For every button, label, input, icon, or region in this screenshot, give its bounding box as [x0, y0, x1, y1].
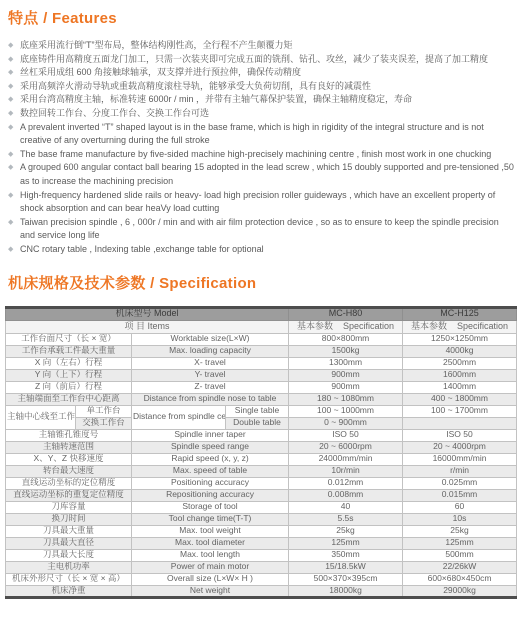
spec-row: 刀具最大直径 Max. tool diameter 125mm 125mm: [6, 537, 517, 549]
spec-cell-en: Distance from spindle nose to table: [132, 393, 289, 405]
spec-cell-h80: 20 ~ 6000rpm: [289, 441, 403, 453]
spec-row: X、Y、Z 快移速度 Rapid speed (x, y, z) 24000mm…: [6, 453, 517, 465]
spec-cell-h125: 25kg: [403, 525, 517, 537]
spec-cell-h80: 15/18.5kW: [289, 561, 403, 573]
spec-row-merged-double: 交换工作台 Double table 0 ~ 900mm: [6, 417, 517, 429]
feature-item: ◆CNC rotary table , Indexing table ,exch…: [8, 243, 516, 257]
spec-cell-h125: 16000mm/min: [403, 453, 517, 465]
feature-text: 采用台湾高精度主轴，标准转速 6000r / min ，并带有主轴气幕保护装置，…: [20, 94, 412, 104]
spec-cell-cn: 主轴锥孔锥度号: [6, 429, 132, 441]
feature-text: 丝杠采用成组 600 角接触球轴承，双支撑并进行预拉伸，确保传动精度: [20, 67, 301, 77]
param-en: Specification: [343, 321, 394, 331]
spec-cell-h125: 400 ~ 1800mm: [403, 393, 517, 405]
table-header-model-row: 机床型号 Model MC-H80 MC-H125: [6, 307, 517, 320]
spec-cell-cn: 直线运动坐标的定位精度: [6, 477, 132, 489]
feature-item: ◆数控回转工作台、分度工作台、交换工作台可选: [8, 107, 516, 121]
spec-cell-en: Z- travel: [132, 381, 289, 393]
spec-cell-en: Spindle inner taper: [132, 429, 289, 441]
diamond-bullet-icon: ◆: [8, 53, 13, 67]
feature-item: ◆A prevalent inverted “T” shaped layout …: [8, 121, 516, 148]
feature-text: A grouped 600 angular contact ball beari…: [20, 162, 514, 186]
diamond-bullet-icon: ◆: [8, 189, 13, 203]
feature-text: CNC rotary table , Indexing table ,excha…: [20, 244, 264, 254]
spec-cell-en: Spindle speed range: [132, 441, 289, 453]
specification-title-cn: 机床规格及技术参数 /: [8, 275, 155, 292]
spec-cell-cn: 刀具最大直径: [6, 537, 132, 549]
spec-cell-sub-en: Double table: [226, 417, 289, 429]
feature-item: ◆High-frequency hardened slide rails or …: [8, 189, 516, 216]
spec-cell-h80: 0.008mm: [289, 489, 403, 501]
feature-text: 数控回转工作台、分度工作台、交换工作台可选: [20, 108, 209, 118]
spec-cell-en: Max. tool weight: [132, 525, 289, 537]
spec-cell-en: Rapid speed (x, y, z): [132, 453, 289, 465]
specification-section-title: 机床规格及技术参数 / Specification: [5, 272, 516, 293]
spec-row: 主轴锥孔锥度号 Spindle inner taper ISO 50 ISO 5…: [6, 429, 517, 441]
spec-cell-h125: 22/26kW: [403, 561, 517, 573]
spec-cell-cn: 刀库容量: [6, 501, 132, 513]
diamond-bullet-icon: ◆: [8, 148, 13, 162]
spec-row: Y 向（上下）行程 Y- travel 900mm 1600mm: [6, 369, 517, 381]
spec-cell-en: Max. tool diameter: [132, 537, 289, 549]
spec-cell-h80: 0 ~ 900mm: [289, 417, 403, 429]
spec-cell-cn: 机床外形尺寸（长 × 宽 × 高）: [6, 573, 132, 585]
spec-cell-en: Max. loading capacity: [132, 345, 289, 357]
spec-cell-h80: 40: [289, 501, 403, 513]
feature-item: ◆丝杠采用成组 600 角接触球轴承，双支撑并进行预拉伸，确保传动精度: [8, 66, 516, 80]
spec-cell-h125: 600×680×450cm: [403, 573, 517, 585]
spec-cell-merged-label-en: Distance from spindle center to table: [132, 405, 226, 429]
spec-cell-h80: 10r/min: [289, 465, 403, 477]
feature-text: The base frame manufacture by five-sided…: [20, 149, 491, 159]
feature-text: 采用高频淬火滑动导轨或重载高精度滚柱导轨，能够承受大负荷切削，具有良好的减震性: [20, 81, 371, 91]
spec-cell-cn: 直线运动坐标的重复定位精度: [6, 489, 132, 501]
spec-row: 刀具最大长度 Max. tool length 350mm 500mm: [6, 549, 517, 561]
spec-cell-en: Repositioning accuracy: [132, 489, 289, 501]
spec-cell-sub-cn: 单工作台: [76, 405, 132, 417]
spec-cell-h125: 1400mm: [403, 381, 517, 393]
specification-table: 机床型号 Model MC-H80 MC-H125 项 目 Items 基本参数…: [5, 306, 517, 599]
header-model-mch80: MC-H80: [289, 307, 403, 320]
spec-row: 机床净重 Net weight 18000kg 29000kg: [6, 585, 517, 597]
spec-cell-h80: 180 ~ 1080mm: [289, 393, 403, 405]
diamond-bullet-icon: ◆: [8, 121, 13, 135]
spec-cell-h125: 1250×1250mm: [403, 333, 517, 345]
spec-cell-cn: 刀具最大长度: [6, 549, 132, 561]
spec-cell-h80: 1500kg: [289, 345, 403, 357]
feature-item: ◆采用高频淬火滑动导轨或重载高精度滚柱导轨，能够承受大负荷切削，具有良好的减震性: [8, 80, 516, 94]
spec-cell-en: Storage of tool: [132, 501, 289, 513]
spec-row: 换刀时间 Tool change time(T-T) 5.5s 10s: [6, 513, 517, 525]
spec-cell-en: Positioning accuracy: [132, 477, 289, 489]
features-list: ◆底座采用流行倒“T”型布局，整体结构刚性高，全行程不产生颠覆力矩 ◆底座铸件用…: [8, 39, 516, 257]
spec-cell-h125: r/min: [403, 465, 517, 477]
spec-row: 直线运动坐标的定位精度 Positioning accuracy 0.012mm…: [6, 477, 517, 489]
spec-cell-en: Power of main motor: [132, 561, 289, 573]
spec-row: 刀具最大重量 Max. tool weight 25kg 25kg: [6, 525, 517, 537]
spec-cell-h125: 100 ~ 1700mm: [403, 405, 517, 417]
spec-cell-en: Max. tool length: [132, 549, 289, 561]
spec-cell-cn: 主轴转速范围: [6, 441, 132, 453]
diamond-bullet-icon: ◆: [8, 93, 13, 107]
spec-cell-h80: 900mm: [289, 369, 403, 381]
table-header-items-row: 项 目 Items 基本参数Specification 基本参数Specific…: [6, 320, 517, 333]
diamond-bullet-icon: ◆: [8, 216, 13, 230]
spec-cell-h125: 2500mm: [403, 357, 517, 369]
spec-cell-h80: 350mm: [289, 549, 403, 561]
spec-cell-sub-cn: 交换工作台: [76, 417, 132, 429]
spec-cell-h80: 24000mm/min: [289, 453, 403, 465]
spec-cell-h125: 4000kg: [403, 345, 517, 357]
spec-cell-en: Y- travel: [132, 369, 289, 381]
feature-text: 底座采用流行倒“T”型布局，整体结构刚性高，全行程不产生颠覆力矩: [20, 40, 293, 50]
param-en: Specification: [457, 321, 508, 331]
spec-cell-h80: 18000kg: [289, 585, 403, 597]
catalog-page: 特点 / Features ◆底座采用流行倒“T”型布局，整体结构刚性高，全行程…: [0, 0, 521, 640]
spec-cell-cn: 转台最大速度: [6, 465, 132, 477]
spec-cell-en: Net weight: [132, 585, 289, 597]
header-items-label: 项 目 Items: [6, 320, 289, 333]
spec-cell-h125: 0.025mm: [403, 477, 517, 489]
spec-row: 工作台承载工件最大重量 Max. loading capacity 1500kg…: [6, 345, 517, 357]
spec-row: 主轴转速范围 Spindle speed range 20 ~ 6000rpm …: [6, 441, 517, 453]
spec-cell-cn: 工作台面尺寸（长 × 宽）: [6, 333, 132, 345]
spec-cell-cn: X、Y、Z 快移速度: [6, 453, 132, 465]
specification-title-en: Specification: [159, 275, 256, 292]
feature-item: ◆The base frame manufacture by five-side…: [8, 148, 516, 162]
feature-item: ◆A grouped 600 angular contact ball bear…: [8, 161, 516, 188]
param-cn: 基本参数: [411, 321, 447, 331]
spec-cell-h125: 0.015mm: [403, 489, 517, 501]
spec-cell-sub-en: Single table: [226, 405, 289, 417]
spec-row: 主电机功率 Power of main motor 15/18.5kW 22/2…: [6, 561, 517, 573]
diamond-bullet-icon: ◆: [8, 107, 13, 121]
spec-cell-h80: 500×370×395cm: [289, 573, 403, 585]
spec-row: Z 向（前后）行程 Z- travel 900mm 1400mm: [6, 381, 517, 393]
features-section-title: 特点 / Features: [5, 7, 516, 28]
spec-cell-h125: 500mm: [403, 549, 517, 561]
spec-row: 转台最大速度 Max. speed of table 10r/min r/min: [6, 465, 517, 477]
feature-item: ◆采用台湾高精度主轴，标准转速 6000r / min ，并带有主轴气幕保护装置…: [8, 93, 516, 107]
spec-cell-h80: 900mm: [289, 381, 403, 393]
spec-row: 工作台面尺寸（长 × 宽） Worktable size(L×W) 800×80…: [6, 333, 517, 345]
spec-cell-h125: ISO 50: [403, 429, 517, 441]
spec-cell-merged-label-cn: 主轴中心线至工作台面距离: [6, 405, 76, 429]
diamond-bullet-icon: ◆: [8, 243, 13, 257]
spec-cell-cn: 主轴端面至工作台中心距离: [6, 393, 132, 405]
spec-cell-h80: 125mm: [289, 537, 403, 549]
spec-cell-h80: 800×800mm: [289, 333, 403, 345]
spec-row: 机床外形尺寸（长 × 宽 × 高） Overall size (L×W× H )…: [6, 573, 517, 585]
features-title-en: Features: [52, 10, 117, 27]
diamond-bullet-icon: ◆: [8, 66, 13, 80]
spec-cell-h80: 100 ~ 1000mm: [289, 405, 403, 417]
diamond-bullet-icon: ◆: [8, 161, 13, 175]
spec-cell-h125: 125mm: [403, 537, 517, 549]
spec-cell-h80: 0.012mm: [289, 477, 403, 489]
spec-cell-h80: 5.5s: [289, 513, 403, 525]
spec-cell-en: Max. speed of table: [132, 465, 289, 477]
spec-cell-h125: [403, 417, 517, 429]
spec-row: X 向（左右）行程 X- travel 1300mm 2500mm: [6, 357, 517, 369]
feature-item: ◆Taiwan precision spindle , 6 , 000r / m…: [8, 216, 516, 243]
spec-cell-h125: 60: [403, 501, 517, 513]
diamond-bullet-icon: ◆: [8, 39, 13, 53]
spec-cell-en: Worktable size(L×W): [132, 333, 289, 345]
header-model-label: 机床型号 Model: [6, 307, 289, 320]
spec-row: 直线运动坐标的重复定位精度 Repositioning accuracy 0.0…: [6, 489, 517, 501]
param-cn: 基本参数: [297, 321, 333, 331]
spec-cell-en: Tool change time(T-T): [132, 513, 289, 525]
spec-cell-cn: Z 向（前后）行程: [6, 381, 132, 393]
feature-item: ◆底座采用流行倒“T”型布局，整体结构刚性高，全行程不产生颠覆力矩: [8, 39, 516, 53]
spec-cell-cn: Y 向（上下）行程: [6, 369, 132, 381]
spec-cell-h80: ISO 50: [289, 429, 403, 441]
spec-row: 刀库容量 Storage of tool 40 60: [6, 501, 517, 513]
spec-cell-h80: 1300mm: [289, 357, 403, 369]
feature-text: Taiwan precision spindle , 6 , 000r / mi…: [20, 217, 499, 241]
diamond-bullet-icon: ◆: [8, 80, 13, 94]
spec-cell-h125: 10s: [403, 513, 517, 525]
spec-cell-cn: 工作台承载工件最大重量: [6, 345, 132, 357]
spec-cell-cn: 机床净重: [6, 585, 132, 597]
feature-text: High-frequency hardened slide rails or h…: [20, 190, 495, 214]
spec-cell-cn: 主电机功率: [6, 561, 132, 573]
header-param-2: 基本参数Specification: [403, 320, 517, 333]
feature-text: 底座铸件用高精度五面龙门加工，只需一次装夹即可完成五面的铣削、钻孔、攻丝，减少了…: [20, 54, 488, 64]
spec-cell-en: X- travel: [132, 357, 289, 369]
spec-row: 主轴端面至工作台中心距离 Distance from spindle nose …: [6, 393, 517, 405]
spec-cell-h125: 20 ~ 4000rpm: [403, 441, 517, 453]
feature-text: A prevalent inverted “T” shaped layout i…: [20, 122, 484, 146]
header-model-mch125: MC-H125: [403, 307, 517, 320]
spec-row-merged-single: 主轴中心线至工作台面距离 单工作台 Distance from spindle …: [6, 405, 517, 417]
spec-cell-h80: 25kg: [289, 525, 403, 537]
spec-cell-en: Overall size (L×W× H ): [132, 573, 289, 585]
spec-cell-h125: 1600mm: [403, 369, 517, 381]
feature-item: ◆底座铸件用高精度五面龙门加工，只需一次装夹即可完成五面的铣削、钻孔、攻丝，减少…: [8, 53, 516, 67]
spec-cell-cn: 刀具最大重量: [6, 525, 132, 537]
header-param-1: 基本参数Specification: [289, 320, 403, 333]
spec-cell-cn: 换刀时间: [6, 513, 132, 525]
spec-cell-h125: 29000kg: [403, 585, 517, 597]
features-title-cn: 特点 /: [8, 10, 48, 27]
spec-cell-cn: X 向（左右）行程: [6, 357, 132, 369]
